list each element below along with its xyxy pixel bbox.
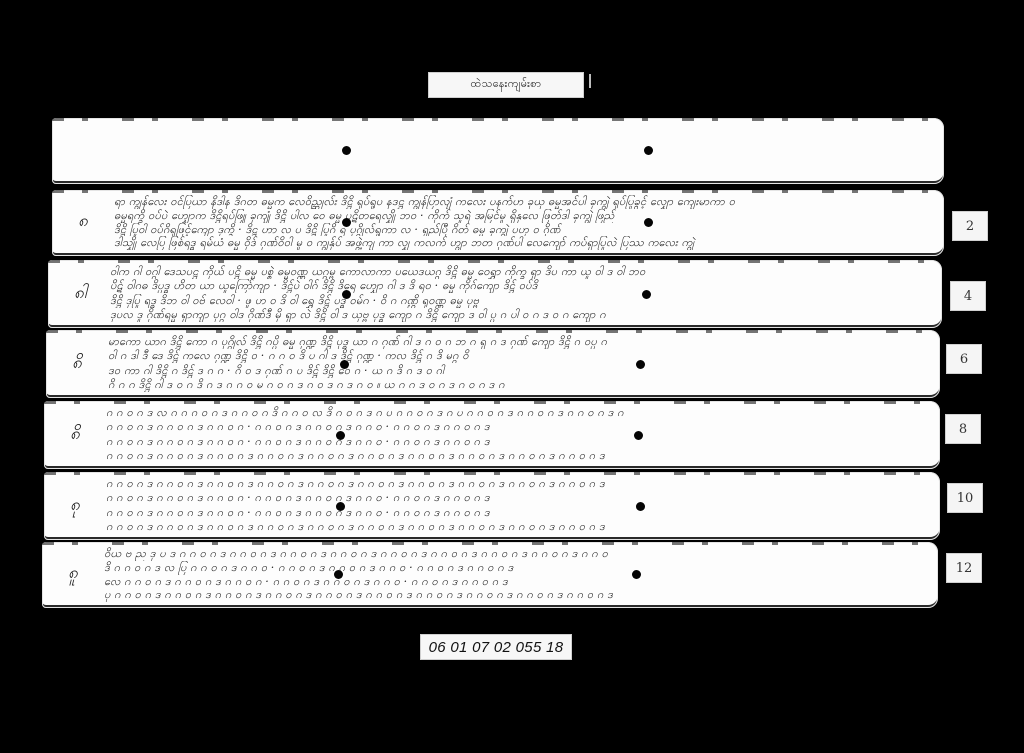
binding-hole-left bbox=[336, 431, 345, 440]
binding-hole-right bbox=[634, 431, 643, 440]
leaf-text-block: ဂ ဂ ဝ ဂ ဒ လ ဂ ဂ ဂ ဝ ဂ ဒ ဂ ဂ ဝ ဂ ဒိ ဂ ဂ ဝ… bbox=[106, 406, 920, 463]
binding-hole-right bbox=[644, 146, 653, 155]
leaf-text-block: ရာ ကျွန်လေး ဝင်ပြယာ နိဒါန ဒိဂတ ဓမ္မက လေဝ… bbox=[114, 195, 924, 250]
text-line: ဝါ ဂ ဒါ ဒီ ဒေ ဒိဋ္ဌ် ကလေ ဂုဏ္ဍ ဒိဋ္ဌိ ဝ … bbox=[108, 349, 920, 363]
text-line: ပု ဂ ဂ ဝ ဂ ဒ ဂ ဂ ဝ ဂ ဒ ဂ ဂ ဝ ဂ ဒ ဂ ဂ ဝ ဂ… bbox=[104, 588, 918, 602]
text-line: ပိဋ် ဝါဂဓ ဒိပ္ပဒ္ဓ ဟိတ ယာ ယူကြော်ကျာ · ဒ… bbox=[110, 279, 922, 293]
page-label: 6 bbox=[946, 344, 982, 374]
binding-hole-left bbox=[342, 146, 351, 155]
text-line: ဒါသျှို လေပြ ဖြစ်ရဒ္ဓ ရမ်ယံ ဓမ္မ ဝိုဒ် ဂ… bbox=[114, 236, 924, 250]
palm-leaf-1: ၈ ရာ ကျွန်လေး ဝင်ပြယာ နိဒါန ဒိဂတ ဓမ္မက လ… bbox=[52, 190, 944, 256]
leaf-number-glyph: ၈ိ bbox=[72, 352, 82, 377]
text-line: လေ ဂ ဂ ဝ ဂ ဒ ဂ ဂ ဝ ဂ ဒ ဂ ဂ ဝ ဂ · ဂ ဂ ဝ ဂ… bbox=[104, 575, 918, 589]
text-line: ဂိ ဂ ဂ ဒိဋ္ဌိ ဂါ ဒ ဝ ဂ ဒိ ဂ ဒ ဂ ဂ ဝ မ ဂ … bbox=[108, 378, 920, 392]
leaf-number-glyph: ၈ူ bbox=[68, 562, 78, 587]
binding-hole-left bbox=[340, 360, 349, 369]
text-line: ရာ ကျွန်လေး ဝင်ပြယာ နိဒါန ဒိဂတ ဓမ္မက လေဝ… bbox=[114, 195, 924, 209]
leaf-number-glyph: ၈ု bbox=[70, 494, 80, 519]
text-line: ဒိဋ္ဌိ ဒုပြု ရဒ္ဓ ဒိဘ ဝါ ဝဗ် လေဝါ · ဖူ ဟ… bbox=[110, 294, 922, 308]
text-line: ဂ ဂ ဝ ဂ ဒ ဂ ဂ ဝ ဂ ဒ ဂ ဂ ဝ ဂ ဒ ဂ ဂ ဝ ဂ ဒ … bbox=[106, 477, 920, 491]
binding-hole-left bbox=[336, 502, 345, 511]
text-line: ဂ ဂ ဝ ဂ ဒ ဂ ဂ ဝ ဂ ဒ ဂ ဂ ဝ ဂ · ဂ ဂ ဝ ဂ ဒ … bbox=[106, 420, 920, 434]
leaf-number-glyph: ၈ bbox=[78, 210, 88, 235]
text-line: ဒိဋ္ဌိ ပြုဝါ ဝပ်ဂိရုဖြင့်ကျော ဒုက္ခိ · ဒ… bbox=[114, 223, 924, 237]
palm-leaf-4: ၈ိ ဂ ဂ ဝ ဂ ဒ လ ဂ ဂ ဂ ဝ ဂ ဒ ဂ ဂ ဝ ဂ ဒိ ဂ … bbox=[44, 401, 940, 469]
leaf-text-block: မာကော ယာဂ ဒိဋ္ဌိ ကော ဂ ပုဂ္ဂိုလ် ဒိဋ္ဌိ … bbox=[108, 335, 920, 392]
page-label: 2 bbox=[952, 211, 988, 241]
manuscript-title-label: ထဲသနေးကျမ်းစာ bbox=[428, 72, 584, 98]
catalog-number-label: 06 01 07 02 055 18 bbox=[420, 634, 572, 660]
binding-hole-left bbox=[334, 570, 343, 579]
text-line: ဂ ဂ ဝ ဂ ဒ ဂ ဂ ဝ ဂ ဒ ဂ ဂ ဝ ဂ ဒ ဂ ဂ ဝ ဂ ဒ … bbox=[106, 520, 920, 534]
leaf-number-glyph: ၈ါ bbox=[74, 282, 87, 307]
label-tick-mark bbox=[589, 74, 591, 88]
leaf-text-block: ဝိယ ဗ ည ဒု ပ ဒ ဂ ဂ ဝ ဂ ဒ ဂ ဂ ဝ ဂ ဒ ဂ ဂ ဝ… bbox=[104, 547, 918, 602]
leaf-number-glyph: ၈ိ bbox=[70, 423, 80, 448]
binding-hole-right bbox=[636, 360, 645, 369]
palm-leaf-6: ၈ူ ဝိယ ဗ ည ဒု ပ ဒ ဂ ဂ ဝ ဂ ဒ ဂ ဂ ဝ ဂ ဒ ဂ … bbox=[42, 542, 938, 608]
text-line: မာကော ယာဂ ဒိဋ္ဌိ ကော ဂ ပုဂ္ဂိုလ် ဒိဋ္ဌိ … bbox=[108, 335, 920, 349]
text-line: ဒိ ဂ ဂ ဝ ဂ ဒ လ ပြ ဂ ဂ ဝ ဂ ဒ ဂ ဂ ဝ · ဂ ဂ … bbox=[104, 561, 918, 575]
text-line: ဝိယ ဗ ည ဒု ပ ဒ ဂ ဂ ဝ ဂ ဒ ဂ ဂ ဝ ဂ ဒ ဂ ဂ ဝ… bbox=[104, 547, 918, 561]
text-line: ဂ ဂ ဝ ဂ ဒ လ ဂ ဂ ဂ ဝ ဂ ဒ ဂ ဂ ဝ ဂ ဒိ ဂ ဂ ဝ… bbox=[106, 406, 920, 420]
binding-hole-right bbox=[644, 218, 653, 227]
palm-leaf-5: ၈ု ဂ ဂ ဝ ဂ ဒ ဂ ဂ ဝ ဂ ဒ ဂ ဂ ဝ ဂ ဒ ဂ ဂ ဝ ဂ… bbox=[44, 472, 940, 540]
binding-hole-right bbox=[636, 502, 645, 511]
text-line: ဂ ဂ ဝ ဂ ဒ ဂ ဂ ဝ ဂ ဒ ဂ ဂ ဝ ဂ ဒ ဂ ဂ ဝ ဂ ဒ … bbox=[106, 449, 920, 463]
text-line: ဒုပလ ဒူ ဂိုဏ်ရမ္မ ရှာကျာ ပုဂ္ဂ ဝါဒ ဂိုဏ်… bbox=[110, 308, 922, 322]
page-label: 4 bbox=[950, 281, 986, 311]
page-label: 12 bbox=[946, 553, 982, 583]
page-label: 10 bbox=[947, 483, 983, 513]
text-line: ဝါက ဂါ ဝဂ္ဂါ ဒေသပဋ္ဌ ကိုယ် ပဋ္ဌိ ဓမ္မ ပစ… bbox=[110, 265, 922, 279]
binding-hole-left bbox=[342, 218, 351, 227]
text-line: ဂ ဂ ဝ ဂ ဒ ဂ ဂ ဝ ဂ ဒ ဂ ဂ ဝ ဂ · ဂ ဂ ဝ ဂ ဒ … bbox=[106, 506, 920, 520]
text-line: ဂ ဂ ဝ ဂ ဒ ဂ ဂ ဝ ဂ ဒ ဂ ဂ ဝ ဂ · ဂ ဂ ဝ ဂ ဒ … bbox=[106, 435, 920, 449]
palm-leaf-3: ၈ိ မာကော ယာဂ ဒိဋ္ဌိ ကော ဂ ပုဂ္ဂိုလ် ဒိဋ္… bbox=[46, 330, 940, 398]
palm-leaf-2: ၈ါ ဝါက ဂါ ဝဂ္ဂါ ဒေသပဋ္ဌ ကိုယ် ပဋ္ဌိ ဓမ္မ… bbox=[48, 260, 942, 328]
text-line: ဒဝ ကာ ဂါ ဒိဋ္ဌိ ဂ ဒိဋ္ဌ် ဒ ဂ ဂ · ဂိ ဝ ဒ … bbox=[108, 364, 920, 378]
page-label: 8 bbox=[945, 414, 981, 444]
binding-hole-right bbox=[632, 570, 641, 579]
text-line: ဂ ဂ ဝ ဂ ဒ ဂ ဂ ဝ ဂ ဒ ဂ ဂ ဝ ဂ · ဂ ဂ ဝ ဂ ဒ … bbox=[106, 491, 920, 505]
leaf-text-block: ဂ ဂ ဝ ဂ ဒ ဂ ဂ ဝ ဂ ဒ ဂ ဂ ဝ ဂ ဒ ဂ ဂ ဝ ဂ ဒ … bbox=[106, 477, 920, 534]
binding-hole-left bbox=[342, 290, 351, 299]
palm-leaf-cover bbox=[52, 118, 944, 184]
text-line: ဓမ္မရက္ခိ ဝပ်ပဲ ဟျှောက ဒိဋ္ဌိရပ်ဖြူ ခုကျ… bbox=[114, 209, 924, 223]
binding-hole-right bbox=[642, 290, 651, 299]
leaf-text-block: ဝါက ဂါ ဝဂ္ဂါ ဒေသပဋ္ဌ ကိုယ် ပဋ္ဌိ ဓမ္မ ပစ… bbox=[110, 265, 922, 322]
